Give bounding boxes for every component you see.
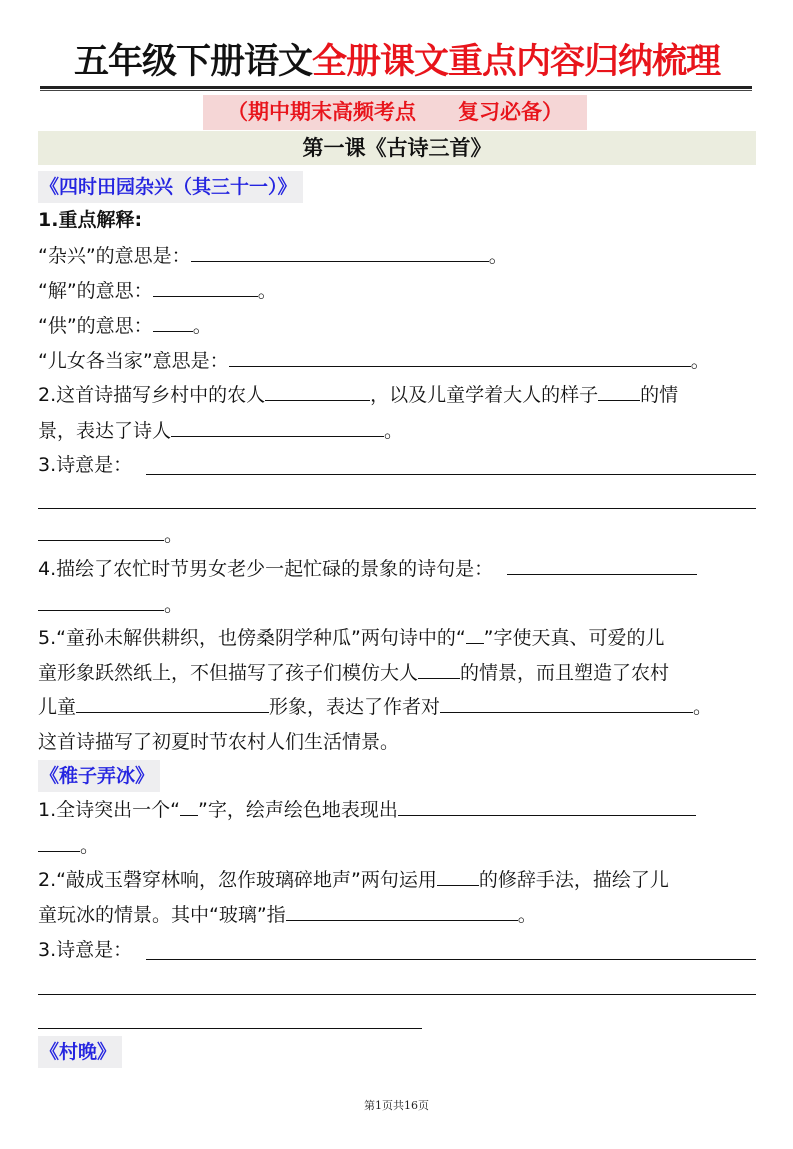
period: 。 xyxy=(80,835,99,857)
answer-blank[interactable] xyxy=(180,797,198,816)
subtitle-banner: （期中期末高频考点 复习必备） xyxy=(203,95,587,130)
answer-blank[interactable] xyxy=(229,348,691,367)
answer-line[interactable] xyxy=(38,994,756,995)
p2-q3-label: 3.诗意是： xyxy=(38,937,132,963)
period: 。 xyxy=(691,350,710,372)
q1-gong: “供”的意思：。 xyxy=(38,313,212,339)
lesson-title-bar: 第一课《古诗三首》 xyxy=(38,131,756,165)
q1-gong-text: “供”的意思： xyxy=(38,315,153,337)
q4-line2: 。 xyxy=(38,592,183,618)
page-footer: 第1页共16页 xyxy=(0,1097,793,1113)
q1-ernv: “儿女各当家”意思是：。 xyxy=(38,348,710,374)
q1-zaxing: “杂兴”的意思是：。 xyxy=(38,243,508,269)
period: 。 xyxy=(384,420,403,442)
q5-text-d: 的情景，而且塑造了农村 xyxy=(460,662,669,684)
q5-text-f: 形象，表达了作者对 xyxy=(269,696,440,718)
answer-line[interactable] xyxy=(38,508,756,509)
period: 。 xyxy=(693,696,712,718)
answer-blank[interactable] xyxy=(286,902,518,921)
answer-blank[interactable] xyxy=(598,382,640,401)
q5-text-b: ”字使天真、可爱的儿 xyxy=(484,627,665,649)
period: 。 xyxy=(489,245,508,267)
q2-text-d: 景，表达了诗人 xyxy=(38,420,171,442)
q1-label: 1.重点解释: xyxy=(38,207,142,233)
answer-blank[interactable] xyxy=(265,382,370,401)
q5-text-c: 童形象跃然纸上，不但描写了孩子们模仿大人 xyxy=(38,662,418,684)
period: 。 xyxy=(518,904,537,926)
p2-q1-text-b: ”字，绘声绘色地表现出 xyxy=(198,799,398,821)
poem-heading-sishi: 《四时田园杂兴（其三十一）》 xyxy=(38,171,303,203)
p2-q2-line2: 童玩冰的情景。其中“玻璃”指。 xyxy=(38,902,537,928)
answer-blank[interactable] xyxy=(153,278,258,297)
q1-zaxing-text: “杂兴”的意思是： xyxy=(38,245,191,267)
answer-blank[interactable] xyxy=(398,797,696,816)
answer-blank[interactable] xyxy=(507,556,697,575)
q1-jie: “解”的意思：。 xyxy=(38,278,277,304)
q2-line2: 景，表达了诗人。 xyxy=(38,418,403,444)
answer-blank[interactable] xyxy=(191,243,489,262)
q2-text-a: 2.这首诗描写乡村中的农人 xyxy=(38,384,265,406)
period: 。 xyxy=(193,315,212,337)
p2-q1-text-a: 1.全诗突出一个“ xyxy=(38,799,180,821)
q5-text-a: 5.“童孙未解供耕织，也傍桑阴学种瓜”两句诗中的“ xyxy=(38,627,466,649)
answer-line[interactable] xyxy=(146,474,756,475)
title-black-part: 五年级下册语文 xyxy=(74,42,312,82)
answer-blank[interactable] xyxy=(171,418,384,437)
q5-text-e: 儿童 xyxy=(38,696,76,718)
poem1-summary: 这首诗描写了初夏时节农村人们生活情景。 xyxy=(38,729,399,755)
period: 。 xyxy=(164,524,183,546)
p2-q2-text-b: 的修辞手法，描绘了儿 xyxy=(479,869,669,891)
poem-heading-zhizi: 《稚子弄冰》 xyxy=(38,760,160,792)
q3-label: 3.诗意是： xyxy=(38,452,132,478)
answer-blank[interactable] xyxy=(466,625,484,644)
p2-q1-line2: 。 xyxy=(38,833,99,859)
title-rule-thin xyxy=(40,90,752,91)
answer-blank[interactable] xyxy=(437,867,479,886)
title-red-part: 全册课文重点内容归纳梳理 xyxy=(312,42,720,82)
q5-line3: 儿童形象，表达了作者对。 xyxy=(38,694,712,720)
answer-blank[interactable] xyxy=(418,660,460,679)
answer-blank[interactable] xyxy=(38,522,164,541)
answer-line[interactable] xyxy=(146,959,756,960)
answer-line[interactable] xyxy=(38,1028,422,1029)
answer-blank[interactable] xyxy=(440,694,693,713)
q2-text-b: ，以及儿童学着大人的样子 xyxy=(370,384,598,406)
poem-heading-cunwan: 《村晚》 xyxy=(38,1036,122,1068)
answer-blank[interactable] xyxy=(76,694,269,713)
q4-text: 4.描绘了农忙时节男女老少一起忙碌的景象的诗句是： xyxy=(38,558,493,580)
q5-line2: 童形象跃然纸上，不但描写了孩子们模仿大人的情景，而且塑造了农村 xyxy=(38,660,669,686)
answer-blank[interactable] xyxy=(153,313,193,332)
title-rule-thick xyxy=(40,86,752,89)
period: 。 xyxy=(164,594,183,616)
period: 。 xyxy=(258,280,277,302)
document-title: 五年级下册语文全册课文重点内容归纳梳理 xyxy=(38,40,756,84)
p2-q1-line1: 1.全诗突出一个“”字，绘声绘色地表现出 xyxy=(38,797,696,823)
q2-text-c: 的情 xyxy=(640,384,678,406)
q5-line1: 5.“童孙未解供耕织，也傍桑阴学种瓜”两句诗中的“”字使天真、可爱的儿 xyxy=(38,625,665,651)
q4-line1: 4.描绘了农忙时节男女老少一起忙碌的景象的诗句是： xyxy=(38,556,697,582)
q3-line3: 。 xyxy=(38,522,183,548)
answer-blank[interactable] xyxy=(38,592,164,611)
q1-ernv-text: “儿女各当家”意思是： xyxy=(38,350,229,372)
p2-q2-text-c: 童玩冰的情景。其中“玻璃”指 xyxy=(38,904,286,926)
q1-jie-text: “解”的意思： xyxy=(38,280,153,302)
answer-blank[interactable] xyxy=(38,833,80,852)
p2-q2-text-a: 2.“敲成玉磬穿林响，忽作玻璃碎地声”两句运用 xyxy=(38,869,437,891)
p2-q2-line1: 2.“敲成玉磬穿林响，忽作玻璃碎地声”两句运用的修辞手法，描绘了儿 xyxy=(38,867,669,893)
q2-line1: 2.这首诗描写乡村中的农人，以及儿童学着大人的样子的情 xyxy=(38,382,678,408)
